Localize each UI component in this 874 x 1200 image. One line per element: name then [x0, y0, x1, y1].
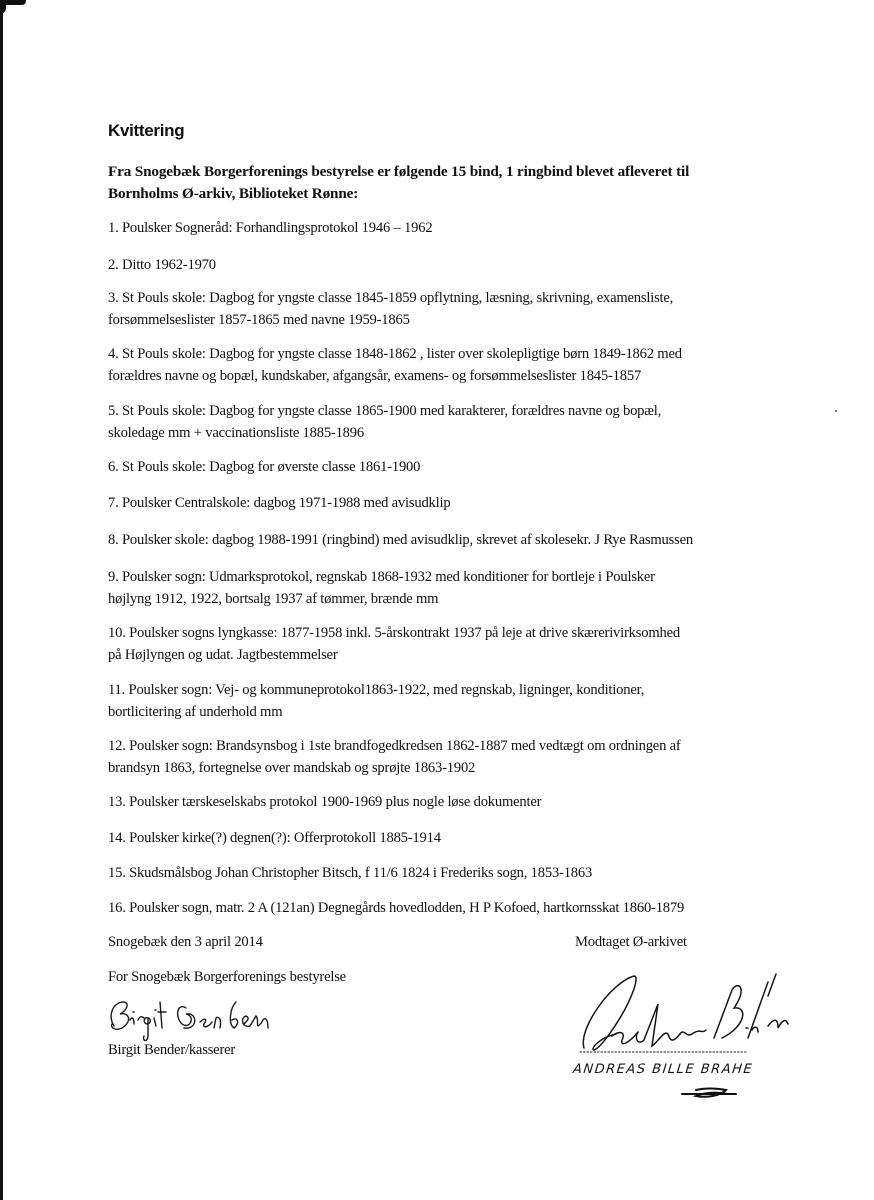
intro-line: Fra Snogebæk Borgerforenings bestyrelse …	[108, 161, 689, 183]
list-item: 1. Poulsker Sogneråd: Forhandlingsprotok…	[108, 217, 808, 239]
intro-line: Bornholms Ø-arkiv, Biblioteket Rønne:	[108, 183, 358, 205]
list-item: 16. Poulsker sogn, matr. 2 A (121an) Deg…	[108, 897, 808, 919]
list-item-line: 2. Ditto 1962-1970	[108, 254, 216, 276]
list-item: 5. St Pouls skole: Dagbog for yngste cla…	[108, 400, 808, 444]
list-item: 13. Poulsker tærskeselskabs protokol 190…	[108, 791, 808, 813]
list-item-line: bortlicitering af underhold mm	[108, 701, 282, 723]
receipt-page: Kvittering Fra Snogebæk Borgerforenings …	[0, 0, 874, 1200]
intro-paragraph: Fra Snogebæk Borgerforenings bestyrelse …	[108, 161, 808, 205]
list-item-line: 1. Poulsker Sogneråd: Forhandlingsprotok…	[108, 217, 432, 239]
list-item-line: 14. Poulsker kirke(?) degnen(?): Offerpr…	[108, 827, 441, 849]
list-item-line: 7. Poulsker Centralskole: dagbog 1971-19…	[108, 492, 450, 514]
list-item: 9. Poulsker sogn: Udmarksprotokol, regns…	[108, 566, 808, 610]
list-item-line: forsømmelseslister 1857-1865 med navne 1…	[108, 309, 410, 331]
list-item-line: 16. Poulsker sogn, matr. 2 A (121an) Deg…	[108, 897, 684, 919]
list-item-line: 6. St Pouls skole: Dagbog for øverste cl…	[108, 456, 420, 478]
list-item: 4. St Pouls skole: Dagbog for yngste cla…	[108, 343, 808, 387]
document-title: Kvittering	[108, 121, 184, 141]
list-item: 15. Skudsmålsbog Johan Christopher Bitsc…	[108, 862, 808, 884]
list-item-line: skoledage mm + vaccinationsliste 1885-18…	[108, 422, 364, 444]
on-behalf-line: For Snogebæk Borgerforenings bestyrelse	[108, 966, 346, 988]
handwritten-name-right: ANDREAS BILLE BRAHE	[572, 1062, 754, 1077]
list-item: 2. Ditto 1962-1970	[108, 254, 808, 276]
list-item-line: 4. St Pouls skole: Dagbog for yngste cla…	[108, 343, 682, 365]
list-item: 12. Poulsker sogn: Brandsynsbog i 1ste b…	[108, 735, 808, 779]
list-item-line: 13. Poulsker tærskeselskabs protokol 190…	[108, 791, 541, 813]
handwritten-scribble	[680, 1086, 740, 1100]
signature-andreas-bille-brahe	[572, 968, 812, 1058]
list-item-line: forældres navne og bopæl, kundskaber, af…	[108, 365, 641, 387]
list-item-line: 15. Skudsmålsbog Johan Christopher Bitsc…	[108, 862, 592, 884]
signer-name-left: Birgit Bender/kasserer	[108, 1039, 235, 1061]
received-label: Modtaget Ø-arkivet	[575, 931, 687, 953]
list-item-line: højlyng 1912, 1922, bortsalg 1937 af tøm…	[108, 588, 438, 610]
list-item-line: 5. St Pouls skole: Dagbog for yngste cla…	[108, 400, 661, 422]
place-date: Snogebæk den 3 april 2014	[108, 931, 263, 953]
list-item-line: på Højlyngen og udat. Jagtbestemmelser	[108, 644, 338, 666]
list-item: 11. Poulsker sogn: Vej- og kommuneprotok…	[108, 679, 808, 723]
list-item-line: 12. Poulsker sogn: Brandsynsbog i 1ste b…	[108, 735, 681, 757]
list-item: 6. St Pouls skole: Dagbog for øverste cl…	[108, 456, 808, 478]
list-item: 10. Poulsker sogns lyngkasse: 1877-1958 …	[108, 622, 808, 666]
list-item-line: 8. Poulsker skole: dagbog 1988-1991 (rin…	[108, 529, 693, 551]
list-item-line: 9. Poulsker sogn: Udmarksprotokol, regns…	[108, 566, 655, 588]
list-item-line: brandsyn 1863, fortegnelse over mandskab…	[108, 757, 475, 779]
list-item: 3. St Pouls skole: Dagbog for yngste cla…	[108, 287, 808, 331]
list-item: 7. Poulsker Centralskole: dagbog 1971-19…	[108, 492, 808, 514]
list-item-line: 11. Poulsker sogn: Vej- og kommuneprotok…	[108, 679, 644, 701]
list-item: 8. Poulsker skole: dagbog 1988-1991 (rin…	[108, 529, 808, 551]
list-item-line: 10. Poulsker sogns lyngkasse: 1877-1958 …	[108, 622, 680, 644]
list-item-line: 3. St Pouls skole: Dagbog for yngste cla…	[108, 287, 673, 309]
list-item: 14. Poulsker kirke(?) degnen(?): Offerpr…	[108, 827, 808, 849]
